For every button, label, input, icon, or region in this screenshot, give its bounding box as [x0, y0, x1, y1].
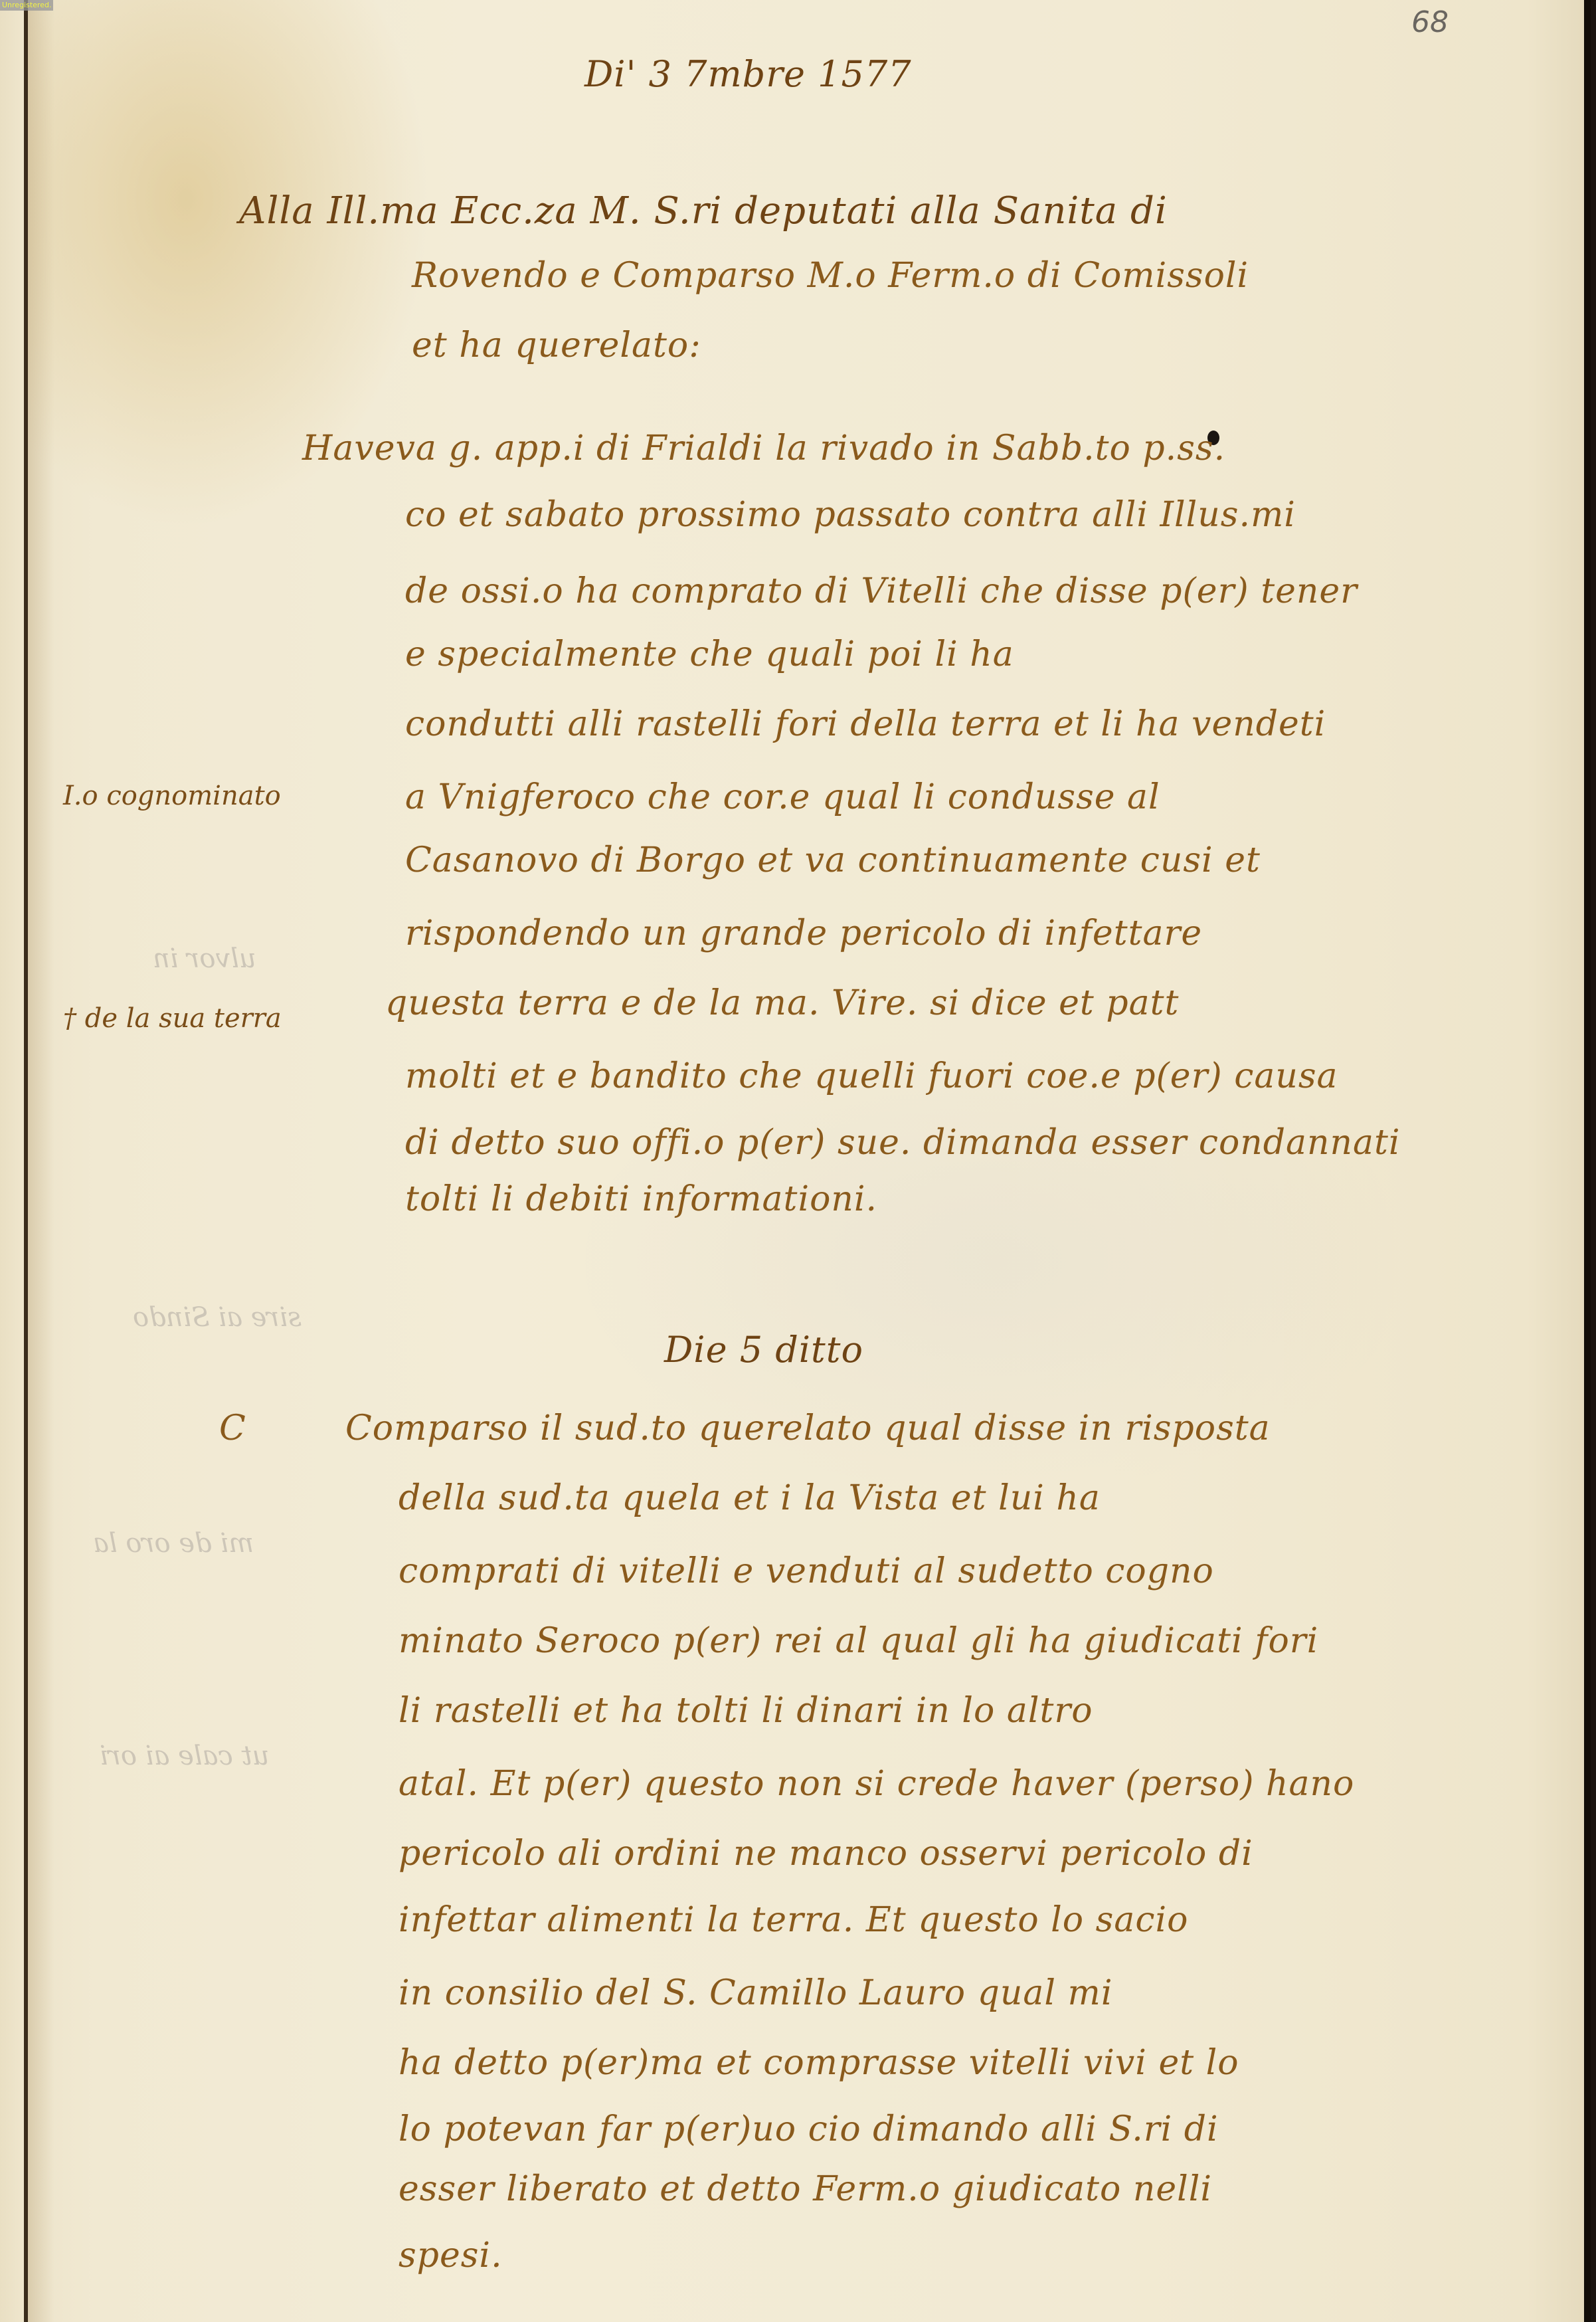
text-line: li rastelli et ha tolti li dinari in lo … [399, 1691, 1093, 1731]
gutter-shadow [28, 0, 54, 2322]
text-line: in consilio del S. Camillo Lauro qual mi [399, 1973, 1112, 2013]
bleed-through-text: ulvor in [153, 943, 256, 974]
date-heading: Di' 3 7mbre 1577 [584, 53, 912, 95]
text-line: spesi. [399, 2236, 503, 2275]
text-line: et ha querelato: [412, 326, 701, 365]
text-line: esser liberato et detto Ferm.o giudicato… [399, 2169, 1212, 2209]
text-line: questa terra e de la ma. Vire. si dice e… [385, 983, 1179, 1023]
text-line: Alla Ill.ma Ecc.za M. S.ri deputati alla… [239, 189, 1168, 233]
folio-number: 68 [1411, 5, 1449, 39]
margin-note: I.o cognominato [63, 781, 281, 811]
date-heading: Die 5 ditto [664, 1329, 863, 1371]
text-line: minato Seroco p(er) rei al qual gli ha g… [399, 1621, 1318, 1661]
text-line: comprati di vitelli e venduti al sudetto… [399, 1551, 1214, 1591]
text-line: Casanovo di Borgo et va continuamente cu… [405, 840, 1261, 880]
manuscript-page: Unregistered. 68 ulvor in sire ai Sindo … [0, 0, 1591, 2322]
text-line: Comparso il sud.to querelato qual disse … [345, 1408, 1271, 1448]
bleed-through-text: mi de oro la [93, 1528, 254, 1559]
text-line: Rovendo e Comparso M.o Ferm.o di Comisso… [412, 256, 1249, 296]
text-line: e specialmente che quali poi li ha [405, 634, 1014, 674]
entry-marker: C [219, 1408, 246, 1448]
unregistered-watermark: Unregistered. [0, 0, 53, 11]
text-line: della sud.ta quela et i la Vista et lui … [399, 1478, 1101, 1518]
text-line: infettar alimenti la terra. Et questo lo… [399, 1900, 1188, 1940]
text-line: rispondendo un grande pericolo di infett… [405, 914, 1202, 953]
text-line: a Vnigferoco che cor.e qual li condusse … [405, 777, 1160, 817]
binding-gutter [0, 0, 28, 2322]
page-edge [1584, 0, 1591, 2322]
margin-note: † de la sua terra [63, 1003, 282, 1034]
text-line: atal. Et p(er) questo non si crede haver… [399, 1764, 1354, 1804]
text-line: ha detto p(er)ma et comprasse vitelli vi… [399, 2043, 1239, 2083]
text-line: tolti li debiti informationi. [405, 1179, 877, 1219]
text-line: condutti alli rastelli fori della terra … [405, 704, 1326, 744]
text-line: de ossi.o ha comprato di Vitelli che dis… [405, 571, 1358, 611]
bleed-through-text: sire ai Sindo [133, 1302, 302, 1333]
text-line: Haveva g. app.i di Frialdi la rivado in … [302, 429, 1225, 468]
bleed-through-text: ut cale ai ori [100, 1741, 269, 1771]
text-line: pericolo ali ordini ne manco osservi per… [399, 1834, 1253, 1874]
text-line: lo potevan far p(er)uo cio dimando alli … [399, 2109, 1219, 2149]
text-line: molti et e bandito che quelli fuori coe.… [405, 1056, 1338, 1096]
text-line: co et sabato prossimo passato contra all… [405, 495, 1296, 535]
text-line: di detto suo offi.o p(er) sue. dimanda e… [405, 1123, 1401, 1163]
